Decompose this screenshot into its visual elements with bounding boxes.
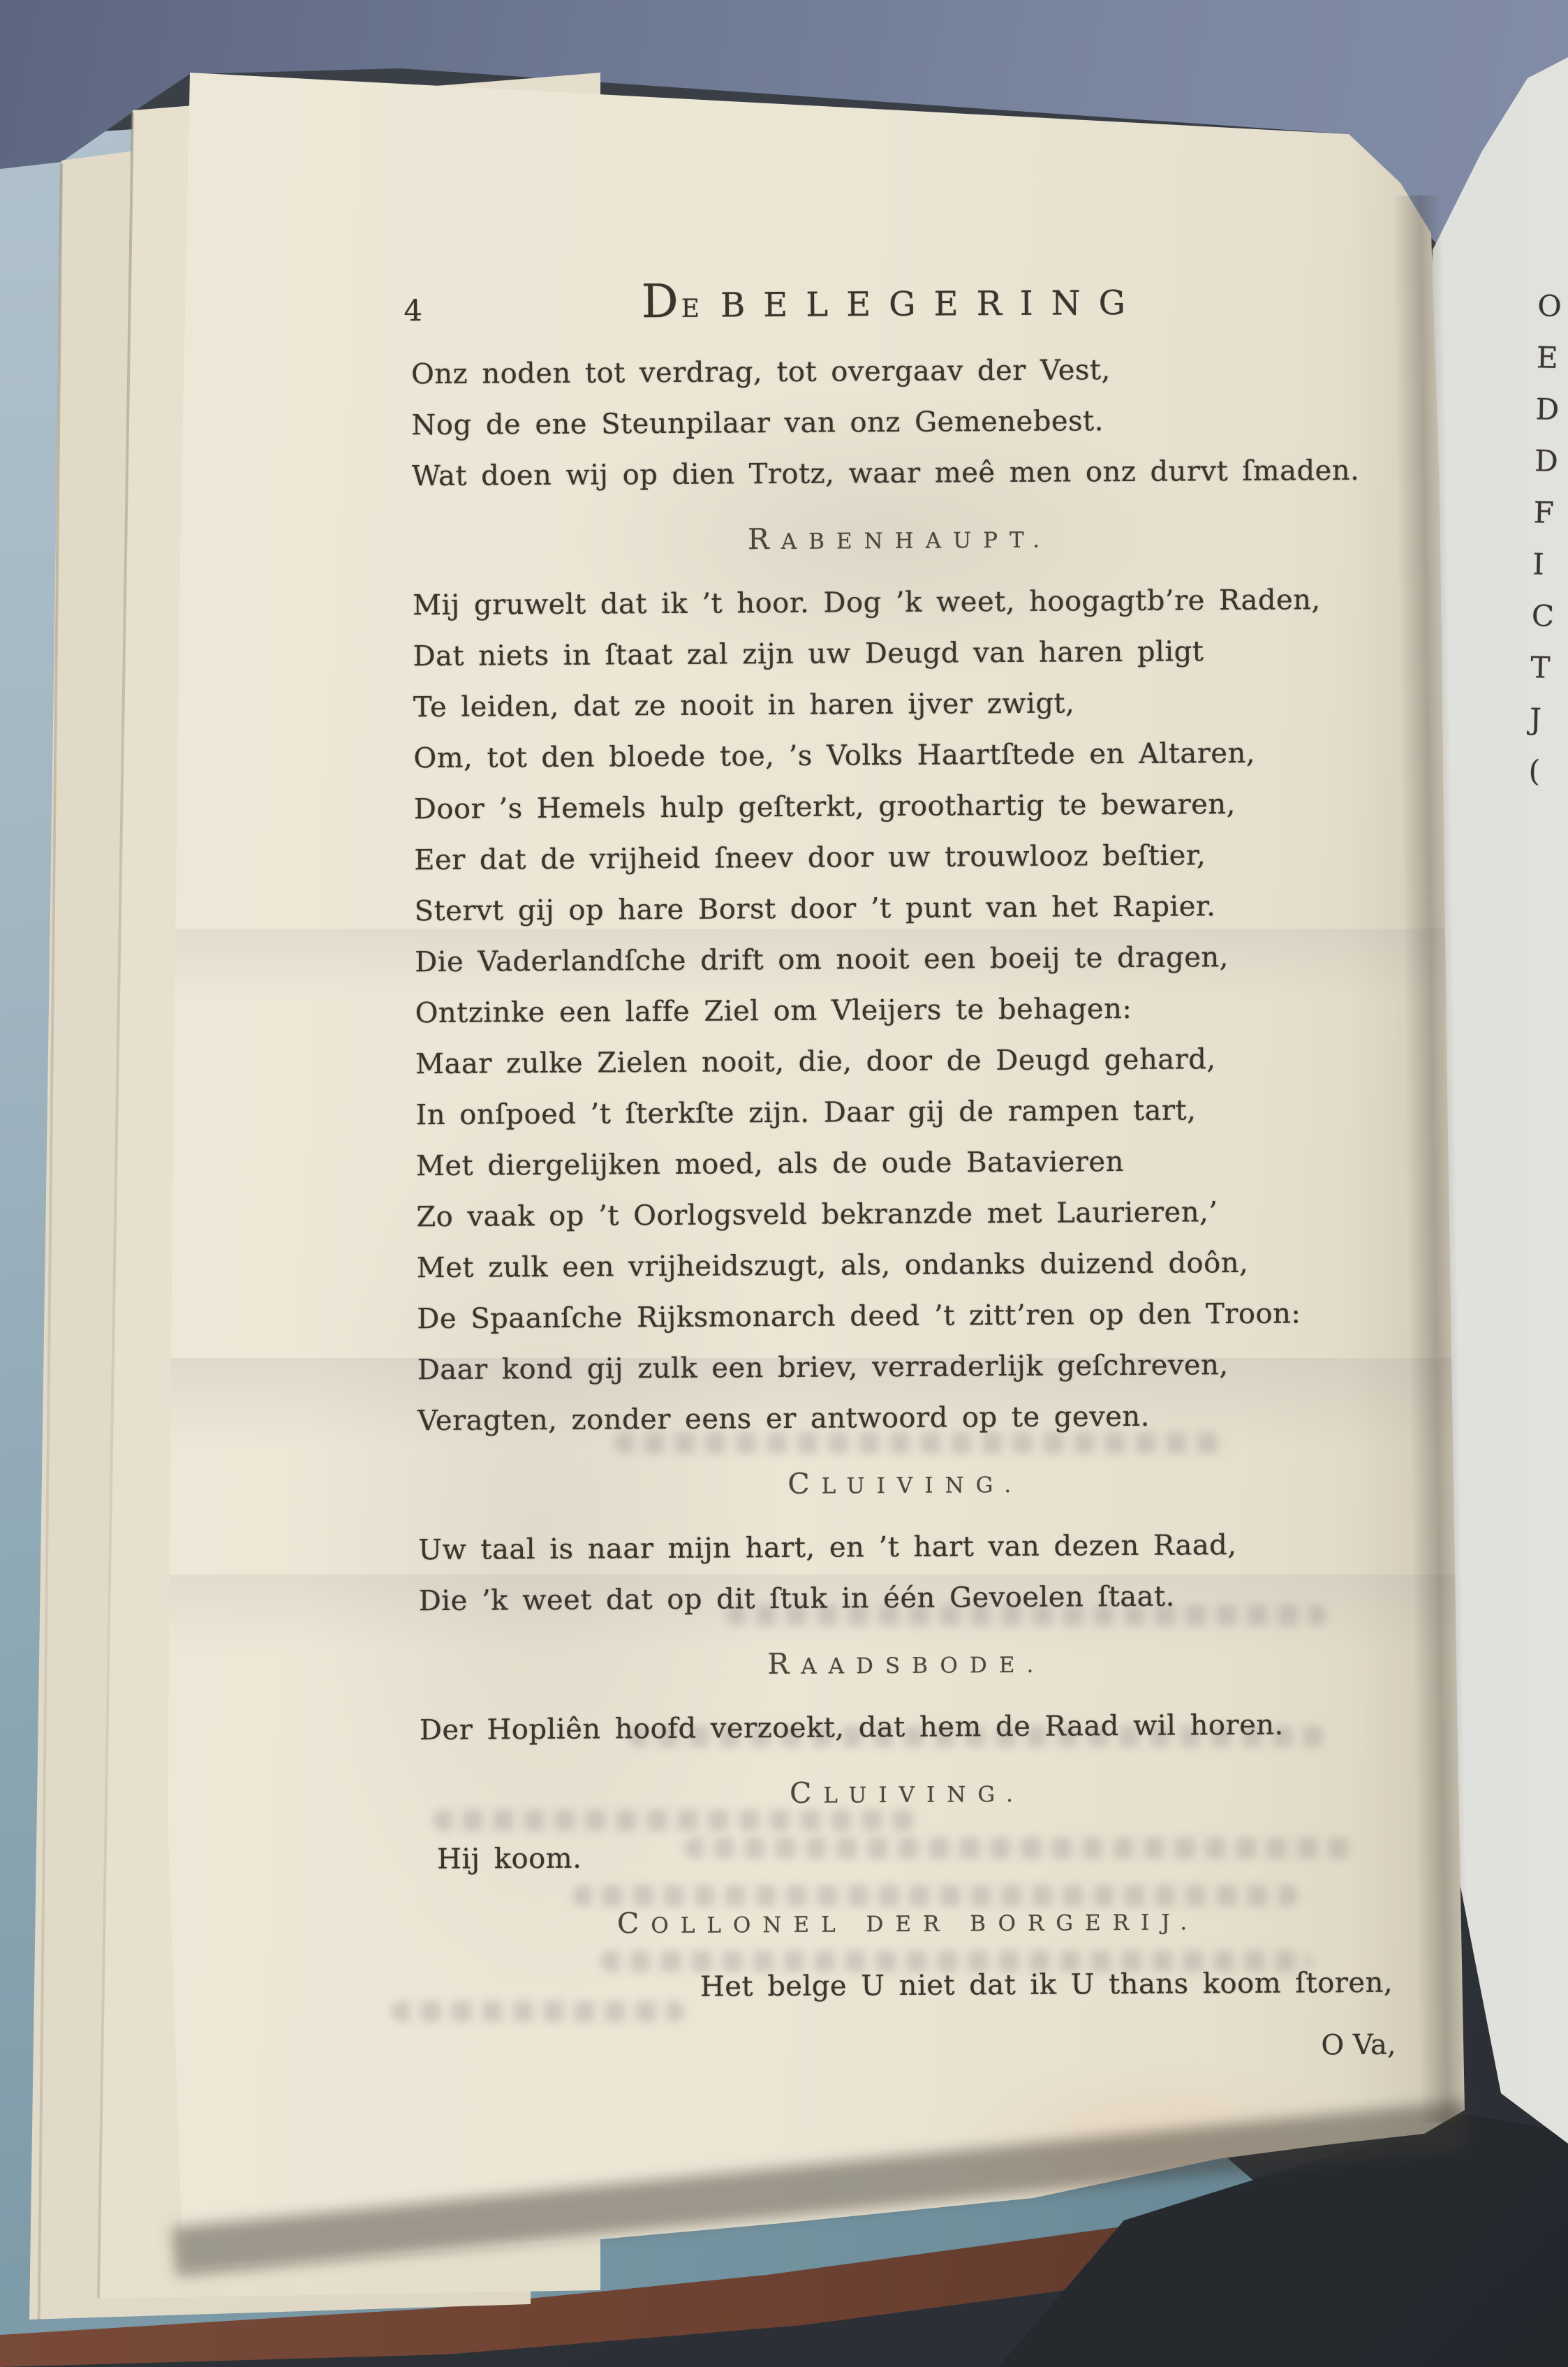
verse-line: De Spaanſche Rijksmonarch deed ’t zitt’r… — [406, 1288, 1391, 1345]
speaker-heading: Cluiving. — [408, 1774, 1394, 1814]
speaker-heading: Cluiving. — [407, 1465, 1393, 1505]
verse-line: Der Hopliên hoofd verzoekt, dat hem de R… — [408, 1699, 1394, 1757]
facing-page-fragment: J — [1529, 693, 1568, 746]
running-title-text: BELEGERING — [720, 283, 1144, 325]
verse-line: Onz noden tot verdrag, tot overgaav der … — [400, 344, 1386, 401]
verse-line: Stervt gij op hare Borst door ’t punt va… — [404, 880, 1389, 938]
verse-line: Ontzinke een laffe Ziel om Vleijers te b… — [404, 982, 1389, 1040]
facing-page-fragment: T — [1530, 642, 1568, 694]
verse-line: In onſpoed ’t ſterkſte zijn. Daar gij de… — [404, 1084, 1390, 1142]
verse-line: Het belge U niet dat ik U thans koom ſto… — [410, 1958, 1396, 2015]
page-number: 4 — [404, 293, 422, 327]
verse-line: Om, tot den bloede toe, ’s Volks Haartſt… — [402, 728, 1388, 785]
verse-line: Die Vaderlandſche drift om nooit een boe… — [404, 931, 1389, 989]
page-text: Onz noden tot verdrag, tot overgaav der … — [400, 344, 1396, 2077]
verse-line: Hij koom. — [409, 1829, 1395, 1886]
facing-page-fragment: O — [1537, 280, 1568, 332]
speaker-heading: Raadsbode. — [408, 1645, 1393, 1685]
verse-line: Maar zulke Zielen nooit, die, door de De… — [404, 1033, 1390, 1091]
verse-line: Te leiden, dat ze nooit in haren ijver z… — [402, 677, 1388, 734]
running-title: DEBELEGERING — [399, 264, 1386, 337]
verse-line: Eer dat de vrijheid ſneev door uw trouwl… — [403, 829, 1389, 887]
facing-page-fragment: E — [1536, 332, 1568, 384]
running-title-small: E — [681, 295, 700, 323]
verse-line: Mij gruwelt dat ik ’t hoor. Dog ’k weet,… — [401, 575, 1387, 632]
running-title-initial: D — [642, 274, 681, 328]
verse-line: Door ’s Hemels hulp geſterkt, grootharti… — [403, 779, 1389, 836]
facing-page-fragment: D — [1534, 435, 1568, 487]
facing-page-fragment: C — [1531, 590, 1568, 642]
speaker-heading: Rabenhaupt. — [401, 520, 1386, 560]
book-photo: 4 DEBELEGERING Onz noden tot verdrag, to… — [0, 0, 1568, 2367]
catchword: O Va, — [410, 2020, 1396, 2077]
text-block: 4 DEBELEGERING Onz noden tot verdrag, to… — [399, 264, 1396, 2077]
facing-page-fragment: I — [1532, 538, 1568, 591]
verse-line: Dat niets in ſtaat zal zijn uw Deugd van… — [401, 626, 1387, 683]
verse-line: Wat doen wij op dien Trotz, waar meê men… — [401, 445, 1386, 503]
facing-page-fragment: F — [1533, 487, 1568, 539]
verse-line: Die ’k weet dat op dit ſtuk in één Gevoe… — [408, 1570, 1393, 1628]
facing-page-fragment: D — [1535, 383, 1568, 436]
verse-line: Veragten, zonder eens er antwoord op te … — [406, 1390, 1392, 1447]
facing-page-fragment: ( — [1528, 745, 1568, 797]
verse-line: Uw taal is naar mijn hart, en ’t hart va… — [407, 1519, 1393, 1577]
verse-line: Met zulk een vrijheidszugt, als, ondanks… — [406, 1237, 1391, 1295]
verse-line: Daar kond gij zulk een briev, verraderli… — [406, 1339, 1392, 1396]
verse-line: Zo vaak op ’t Oorlogsveld bekranzde met … — [405, 1186, 1391, 1244]
verse-line: Met diergelijken moed, als de oude Batav… — [405, 1135, 1391, 1193]
speaker-heading: Collonel der Borgerij. — [409, 1903, 1395, 1943]
verse-line: Nog de ene Steunpilaar van onz Gemenebes… — [400, 394, 1386, 452]
